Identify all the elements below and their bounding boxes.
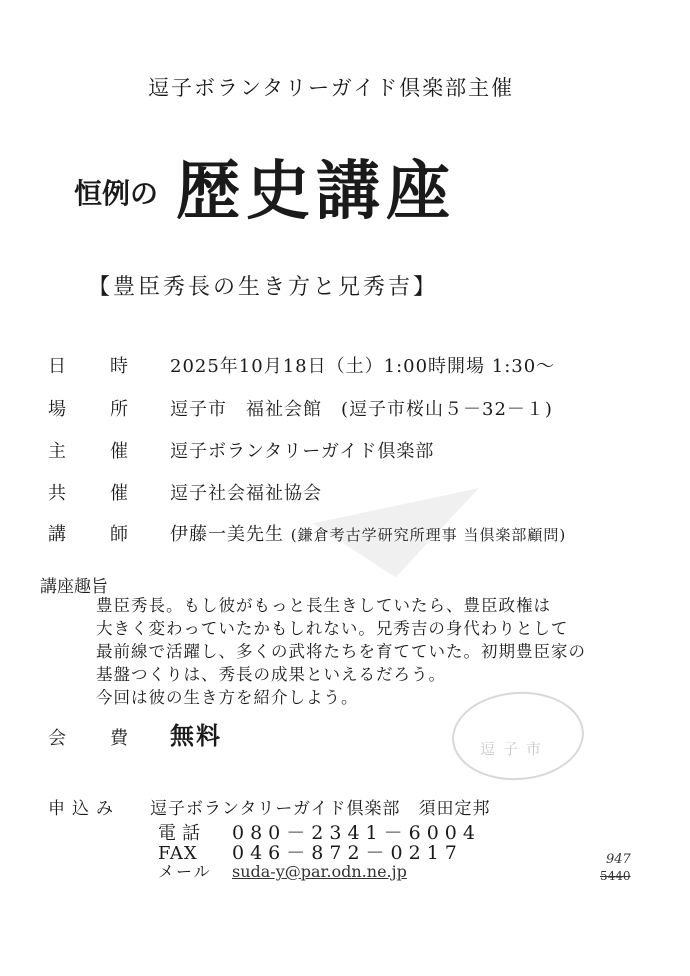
detail-label: 主 (48, 437, 110, 463)
detail-label: 催 (110, 437, 170, 463)
handwritten-note: 947 (606, 852, 631, 867)
detail-label: 講 (48, 520, 110, 546)
lecturer-name: 伊藤一美先生 (170, 524, 284, 545)
detail-value: 2025年10月18日（土）1:00時開場 1:30～ (170, 352, 555, 378)
application-organization: 逗子ボランタリーガイド倶楽部 須田定邦 (150, 794, 490, 819)
handwritten-struck-note: 5440 (600, 869, 631, 883)
fee-row: 会 費 無料 (48, 716, 222, 751)
purpose-line: 今回は彼の生き方を紹介しよう。 (96, 686, 586, 709)
organizer-line: 逗子ボランタリーガイド倶楽部主催 (148, 72, 514, 102)
application-label: 申込み (48, 794, 120, 819)
fee-label: 費 (110, 724, 170, 750)
contact-email: メール suda-y@par.odn.ne.jp (158, 859, 407, 882)
email-label: メール (158, 859, 232, 882)
detail-label: 場 (48, 395, 110, 421)
detail-row-co-organizer: 共 催 逗子社会福祉協会 (48, 479, 322, 505)
detail-value: 逗子市 福祉会館 (逗子市桜山５－32－１) (170, 395, 553, 421)
detail-label: 催 (110, 479, 170, 505)
lecturer-affiliation: (鎌倉考古学研究所理事 当倶楽部顧問) (291, 526, 566, 544)
lecture-subtitle: 【豊臣秀長の生き方と兄秀吉】 (88, 270, 438, 301)
purpose-line: 豊臣秀長。もし彼がもっと長生きしていたら、豊臣政権は (96, 594, 586, 617)
detail-row-datetime: 日 時 2025年10月18日（土）1:00時開場 1:30～ (48, 352, 555, 378)
purpose-line: 大きく変わっていたかもしれない。兄秀吉の身代わりとして (96, 617, 586, 640)
detail-row-organizer: 主 催 逗子ボランタリーガイド倶楽部 (48, 437, 434, 463)
detail-label: 日 (48, 352, 110, 378)
detail-label: 所 (110, 395, 170, 421)
fee-label: 会 (48, 724, 110, 750)
detail-row-lecturer: 講 師 伊藤一美先生 (鎌倉考古学研究所理事 当倶楽部顧問) (48, 520, 566, 546)
stamp-text: 逗子市 (480, 738, 549, 759)
detail-value: 逗子ボランタリーガイド倶楽部 (170, 437, 434, 463)
purpose-line: 基盤つくりは、秀長の成果といえるだろう。 (96, 663, 586, 686)
title-prefix: 恒例の (74, 172, 158, 212)
purpose-line: 最前線で活躍し、多くの武将たちを育てていた。初期豊臣家の (96, 640, 586, 663)
detail-label: 共 (48, 479, 110, 505)
fee-value: 無料 (170, 716, 222, 751)
email-link[interactable]: suda-y@par.odn.ne.jp (232, 862, 407, 881)
detail-label: 時 (110, 352, 170, 378)
detail-value: 逗子社会福祉協会 (170, 479, 322, 505)
detail-label: 師 (110, 520, 170, 546)
detail-value: 伊藤一美先生 (鎌倉考古学研究所理事 当倶楽部顧問) (170, 520, 566, 546)
purpose-body: 豊臣秀長。もし彼がもっと長生きしていたら、豊臣政権は 大きく変わっていたかもしれ… (96, 594, 586, 709)
detail-row-venue: 場 所 逗子市 福祉会館 (逗子市桜山５－32－１) (48, 395, 553, 421)
page-title: 歴史講座 (176, 140, 456, 232)
